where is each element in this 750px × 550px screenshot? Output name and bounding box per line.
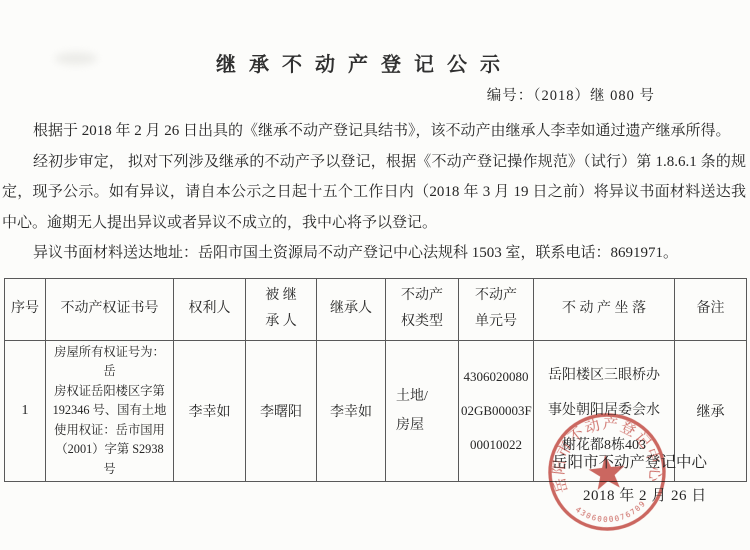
doc-number: 编号：（2018）继 080 号 bbox=[0, 84, 750, 105]
scan-smudge bbox=[55, 52, 97, 65]
col-header-heir: 继承人 bbox=[317, 278, 386, 340]
cell-cert-no: 房屋所有权证号为：岳 房权证岳阳楼区字第 192346 号、国有土地 使用权证：… bbox=[46, 340, 174, 482]
col-header-seq: 序号 bbox=[5, 278, 46, 340]
col-header-remark: 备注 bbox=[675, 278, 747, 340]
notice-body: 根据于 2018 年 2 月 26 日出具的《继承不动产登记具结书》，该不动产由… bbox=[2, 116, 746, 269]
page-title: 继承不动产登记公示 bbox=[0, 48, 716, 77]
paragraph-basis: 根据于 2018 年 2 月 26 日出具的《继承不动产登记具结书》，该不动产由… bbox=[2, 116, 746, 147]
paragraph-decision: 经初步审定， 拟对下列涉及继承的不动产予以登记，根据《不动产登记操作规范》（试行… bbox=[2, 147, 746, 239]
cell-seq: 1 bbox=[5, 340, 46, 482]
col-header-right-holder: 权利人 bbox=[174, 278, 246, 340]
issuing-org: 岳阳市不动产登记中心 bbox=[552, 450, 707, 472]
issue-date: 2018 年 2 月 26 日 bbox=[583, 484, 707, 505]
cell-property-type: 土地/ 房屋 bbox=[386, 340, 459, 482]
cell-right-holder: 李幸如 bbox=[174, 340, 246, 482]
cell-heir: 李幸如 bbox=[317, 340, 386, 482]
scanned-notice-page: 继承不动产登记公示 编号：（2018）继 080 号 根据于 2018 年 2 … bbox=[0, 0, 750, 550]
cell-unit-no: 4306020080 02GB00003F 00010022 bbox=[459, 340, 534, 482]
col-header-property-type: 不动产 权类型 bbox=[386, 278, 459, 340]
col-header-decedent: 被 继 承 人 bbox=[246, 278, 317, 340]
paragraph-address: 异议书面材料送达地址：岳阳市国土资源局不动产登记中心法规科 1503 室，联系电… bbox=[2, 238, 746, 269]
col-header-unit-no: 不动产 单元号 bbox=[459, 278, 534, 340]
cell-decedent: 李曙阳 bbox=[246, 340, 317, 482]
table-header-row: 序号 不动产权证书号 权利人 被 继 承 人 继承人 不动产 权类型 不动产 单… bbox=[5, 278, 747, 340]
col-header-cert-no: 不动产权证书号 bbox=[46, 278, 174, 340]
col-header-location: 不 动 产 坐 落 bbox=[534, 278, 675, 340]
